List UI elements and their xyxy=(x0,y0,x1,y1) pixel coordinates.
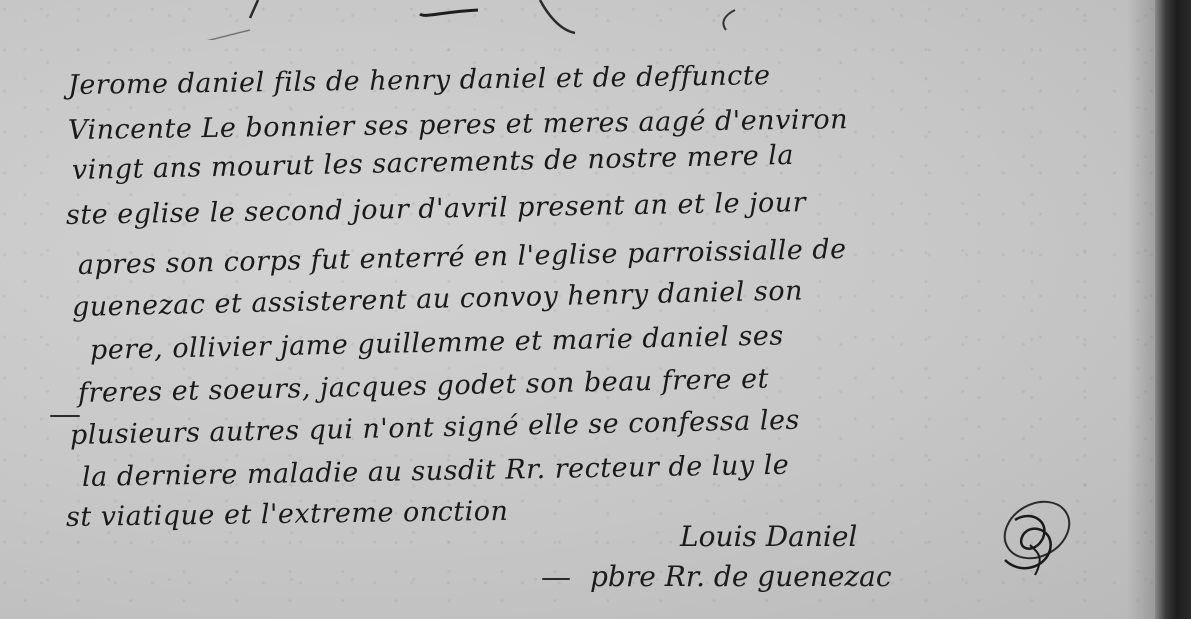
register-line-5: apres son corps fut enterré en l'eglise … xyxy=(78,234,847,281)
register-line-7: pere, ollivier jame guillemme et marie d… xyxy=(90,320,784,366)
register-line-9: plusieurs autres qui n'ont signé elle se… xyxy=(70,405,801,451)
register-line-10: la derniere maladie au susdit Rr. recteu… xyxy=(82,450,790,493)
register-line-1: Jerome daniel fils de henry daniel et de… xyxy=(68,60,771,101)
signature-dash xyxy=(542,578,570,580)
register-line-3: vingt ans mourut les sacrements de nostr… xyxy=(72,140,795,186)
register-line-6: guenezac et assisterent au convoy henry … xyxy=(72,275,804,323)
register-line-8: freres et soeurs, jacques godet son beau… xyxy=(78,364,770,409)
register-line-4: ste eglise le second jour d'avril presen… xyxy=(66,187,807,231)
register-line-11: st viatique et l'extreme onction xyxy=(66,496,509,533)
margin-dash xyxy=(50,415,80,417)
previous-entry-fragments xyxy=(0,0,1191,40)
signature-louis-daniel: Louis Daniel xyxy=(680,520,857,553)
register-line-2: Vincente Le bonnier ses peres et meres a… xyxy=(68,104,848,146)
signature-flourish xyxy=(975,490,1085,590)
page-edge-shadow xyxy=(1127,0,1155,619)
signature-priest-rector: pbre Rr. de guenezac xyxy=(590,560,892,593)
book-binding-edge xyxy=(1155,0,1191,619)
manuscript-page: Jerome daniel fils de henry daniel et de… xyxy=(0,0,1191,619)
